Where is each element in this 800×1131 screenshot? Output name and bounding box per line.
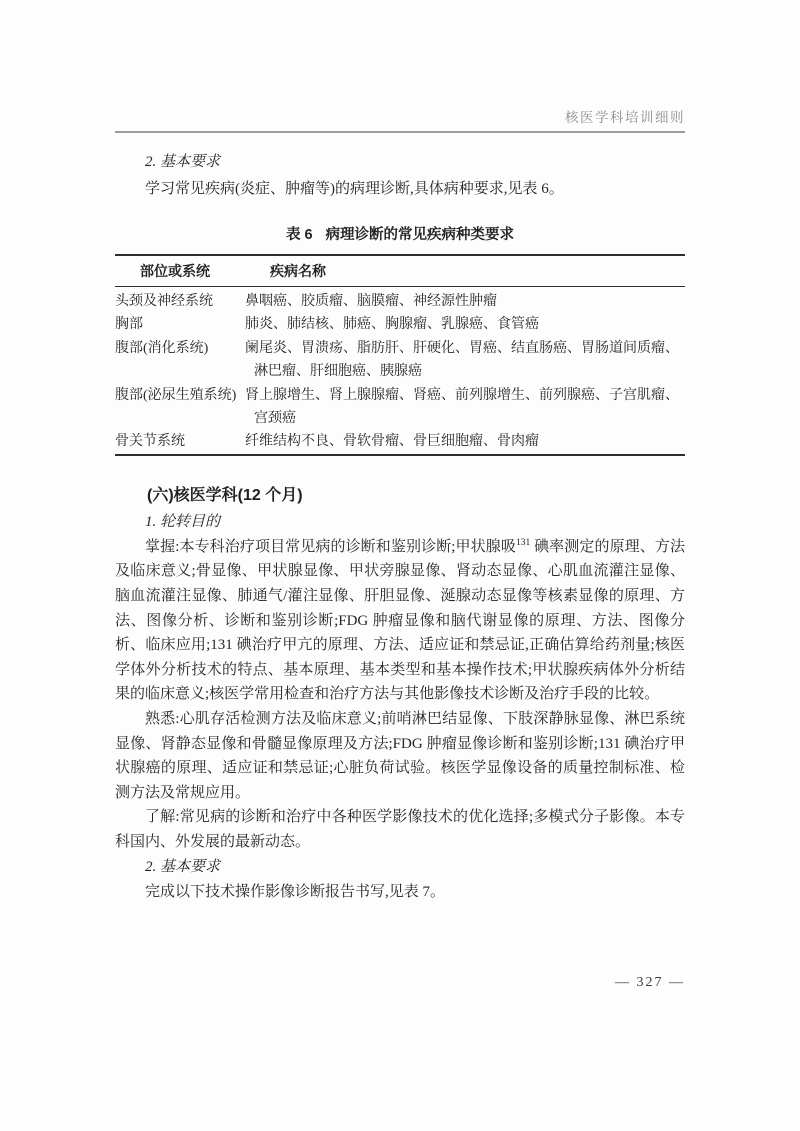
intro-block: 2. 基本要求 学习常见疾病(炎症、肿瘤等)的病理诊断,具体病种要求,见表 6。 [115,149,685,203]
basic-requirements-label: 2. 基本要求 [115,149,685,176]
table6-caption-title: 病理诊断的常见疾病种类要求 [326,227,515,243]
paragraph-familiar: 熟悉:心肌存活检测方法及临床意义;前哨淋巴结显像、下肢深静脉显像、淋巴系统显像、… [115,707,685,805]
table-row: 头颈及神经系统 鼻咽癌、胶质瘤、脑膜瘤、神经源性肿瘤 [115,287,685,314]
page-number: — 327 — [615,975,685,991]
table-cell-site: 腹部(消化系统) [115,337,245,384]
table-row: 腹部(泌尿生殖系统) 肾上腺增生、肾上腺腺瘤、肾癌、前列腺增生、前列腺癌、子宫肌… [115,384,685,431]
table6: 部位或系统 疾病名称 头颈及神经系统 鼻咽癌、胶质瘤、脑膜瘤、神经源性肿瘤 胸部… [115,254,685,456]
basic-requirements-label-2: 2. 基本要求 [115,855,685,880]
table-cell-site: 骨关节系统 [115,430,245,454]
intro-paragraph: 学习常见疾病(炎症、肿瘤等)的病理诊断,具体病种要求,见表 6。 [115,176,685,203]
paragraph-understand: 了解:常见病的诊断和治疗中各种医学影像技术的优化选择;多模式分子影像。本专科国内… [115,805,685,854]
table-row: 骨关节系统 纤维结构不良、骨软骨瘤、骨巨细胞瘤、骨肉瘤 [115,430,685,454]
table6-caption-label: 表 6 [286,227,313,243]
table6-block: 表 6病理诊断的常见疾病种类要求 部位或系统 疾病名称 头颈及神经系统 鼻咽癌、… [115,225,685,456]
paragraph-master-pre: 掌握:本专科治疗项目常见病的诊断和鉴别诊断;甲状腺吸 [145,539,516,555]
table-row: 胸部 肺炎、肺结核、肺癌、胸腺瘤、乳腺癌、食管癌 [115,313,685,336]
table-cell-site: 胸部 [115,313,245,336]
rotation-purpose-label: 1. 轮转目的 [115,510,685,535]
table-cell-diseases: 鼻咽癌、胶质瘤、脑膜瘤、神经源性肿瘤 [245,287,685,314]
running-head-title: 核医学科培训细则 [565,106,685,126]
paragraph-master: 掌握:本专科治疗项目常见病的诊断和鉴别诊断;甲状腺吸131 碘率测定的原理、方法… [115,535,685,707]
running-head: 核医学科培训细则 [115,0,685,133]
paragraph-basic-requirements: 完成以下技术操作影像诊断报告书写,见表 7。 [115,880,685,905]
document-page: 核医学科培训细则 2. 基本要求 学习常见疾病(炎症、肿瘤等)的病理诊断,具体病… [0,0,800,1131]
table-cell-diseases: 肾上腺增生、肾上腺腺瘤、肾癌、前列腺增生、前列腺癌、子宫肌瘤、宫颈癌 [245,384,685,431]
table-cell-diseases: 阑尾炎、胃溃疡、脂肪肝、肝硬化、胃癌、结直肠癌、胃肠道间质瘤、淋巴瘤、肝细胞癌、… [245,337,685,384]
section-nuclear-medicine: (六)核医学科(12 个月) 1. 轮转目的 掌握:本专科治疗项目常见病的诊断和… [115,482,685,904]
table-cell-diseases: 纤维结构不良、骨软骨瘤、骨巨细胞瘤、骨肉瘤 [245,430,685,454]
superscript-131: 131 [516,538,530,548]
paragraph-master-post: 碘率测定的原理、方法及临床意义;骨显像、甲状腺显像、甲状旁腺显像、肾动态显像、心… [115,539,685,703]
table-row: 腹部(消化系统) 阑尾炎、胃溃疡、脂肪肝、肝硬化、胃癌、结直肠癌、胃肠道间质瘤、… [115,337,685,384]
table6-caption: 表 6病理诊断的常见疾病种类要求 [115,225,685,245]
table6-col-disease-header: 疾病名称 [245,255,685,287]
table-cell-diseases: 肺炎、肺结核、肺癌、胸腺瘤、乳腺癌、食管癌 [245,313,685,336]
table6-header-row: 部位或系统 疾病名称 [115,255,685,287]
section-heading: (六)核医学科(12 个月) [115,482,685,510]
table-cell-site: 头颈及神经系统 [115,287,245,314]
table6-col-site-header: 部位或系统 [115,255,245,287]
table-cell-site: 腹部(泌尿生殖系统) [115,384,245,431]
